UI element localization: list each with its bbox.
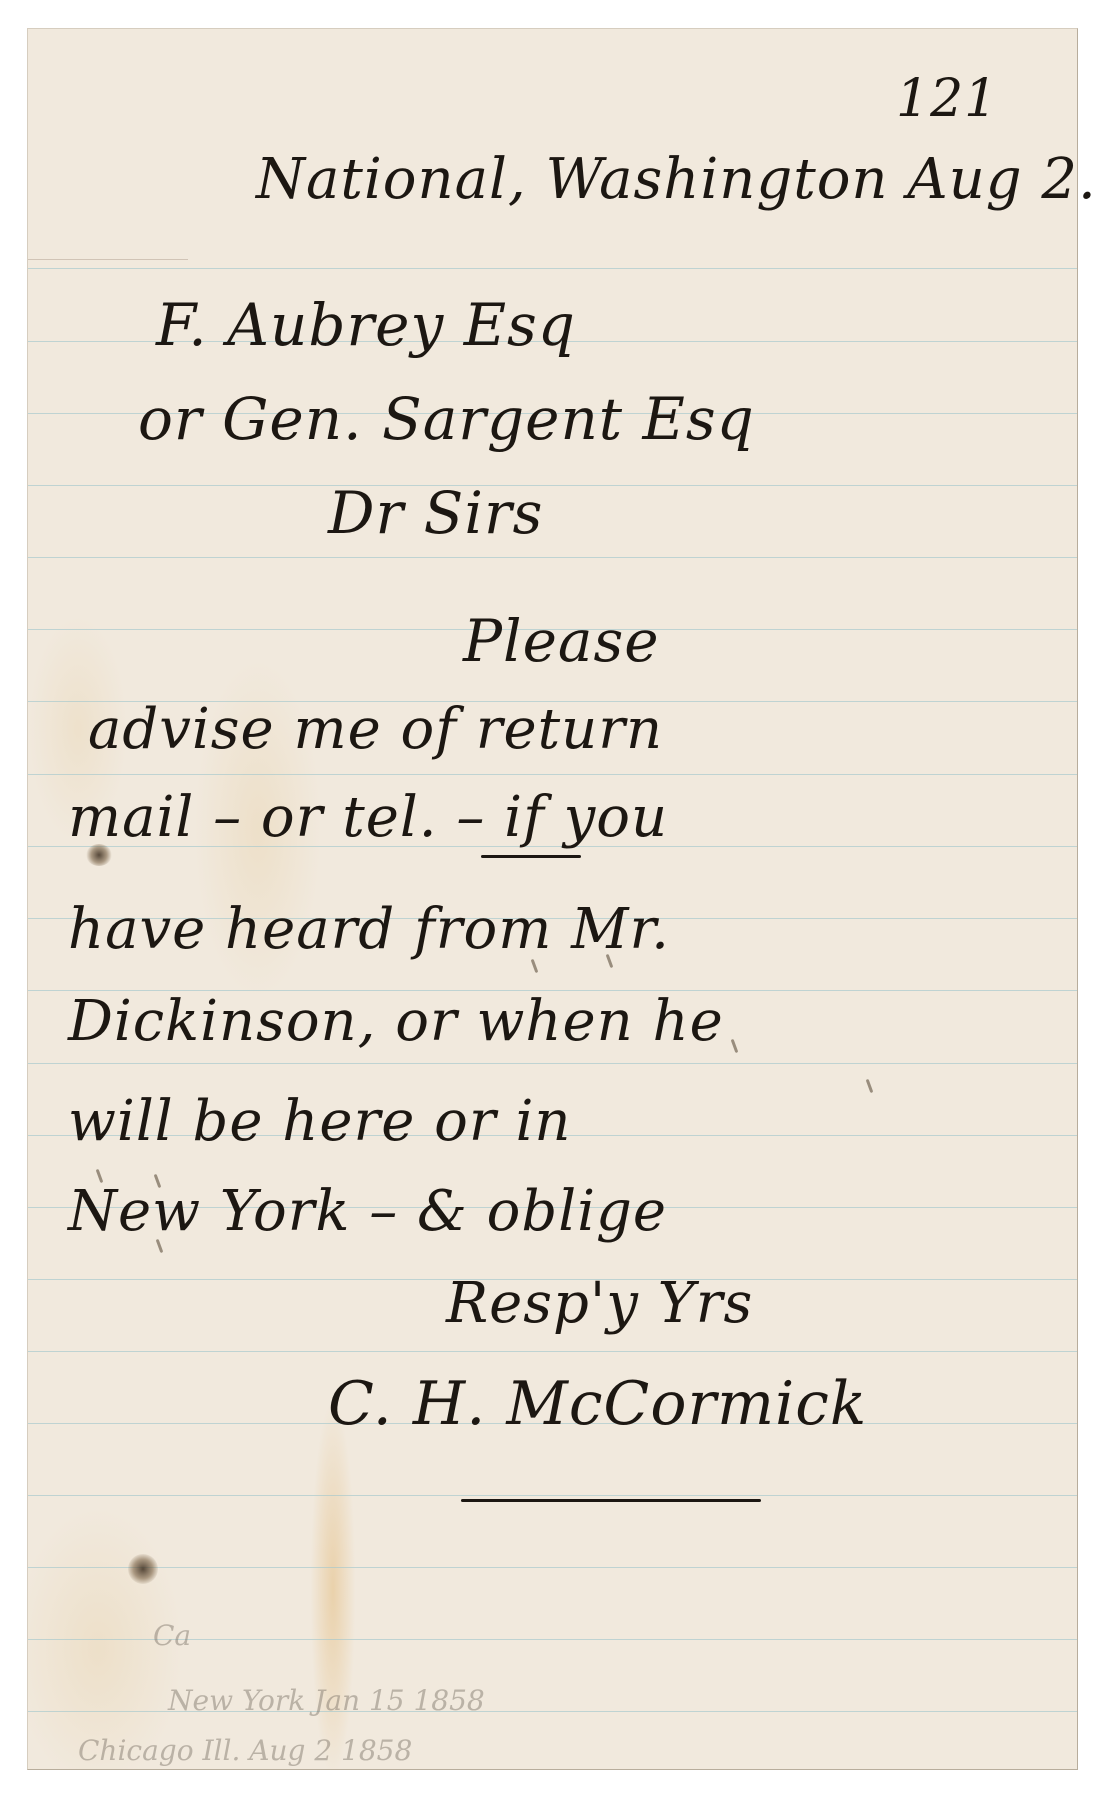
body-line-2: advise me of return [88, 697, 663, 762]
ink-blot [128, 1554, 158, 1584]
dateline: National, Washington Aug 2. [256, 147, 1097, 212]
signature-underline [461, 1499, 761, 1502]
rule-line [28, 1567, 1077, 1568]
body-line-4: have heard from Mr. [68, 897, 670, 962]
letter-page: 121 National, Washington Aug 2. F. Aubre… [27, 28, 1078, 1770]
pencil-note-1: Ca [153, 1619, 191, 1652]
rule-line [28, 557, 1077, 558]
rule-line [28, 1063, 1077, 1064]
tel-underline [481, 855, 581, 858]
closing: Resp'y Yrs [446, 1271, 753, 1336]
rule-line [28, 1351, 1077, 1352]
body-line-7: New York – & oblige [68, 1179, 667, 1244]
page-number: 121 [896, 69, 998, 129]
rule-line [28, 1495, 1077, 1496]
signature: C. H. McCormick [328, 1369, 867, 1439]
body-line-1: Please [463, 607, 660, 675]
pencil-note-2: New York Jan 15 1858 [168, 1684, 485, 1717]
salutation: Dr Sirs [328, 479, 543, 547]
rule-line [28, 485, 1077, 486]
body-line-5: Dickinson, or when he [68, 989, 724, 1054]
addressee-line-2: or Gen. Sargent Esq [138, 385, 755, 453]
paper-fold-crease [28, 259, 188, 260]
rule-line [28, 268, 1077, 269]
pencil-note-3: Chicago Ill. Aug 2 1858 [78, 1734, 412, 1767]
ink-speck [731, 1039, 739, 1053]
ink-blot [86, 844, 112, 866]
body-line-6: will be here or in [68, 1089, 571, 1154]
body-line-3: mail – or tel. – if you [68, 785, 668, 850]
ink-speck [866, 1079, 874, 1093]
rule-line [28, 774, 1077, 775]
addressee-line-1: F. Aubrey Esq [156, 291, 576, 359]
